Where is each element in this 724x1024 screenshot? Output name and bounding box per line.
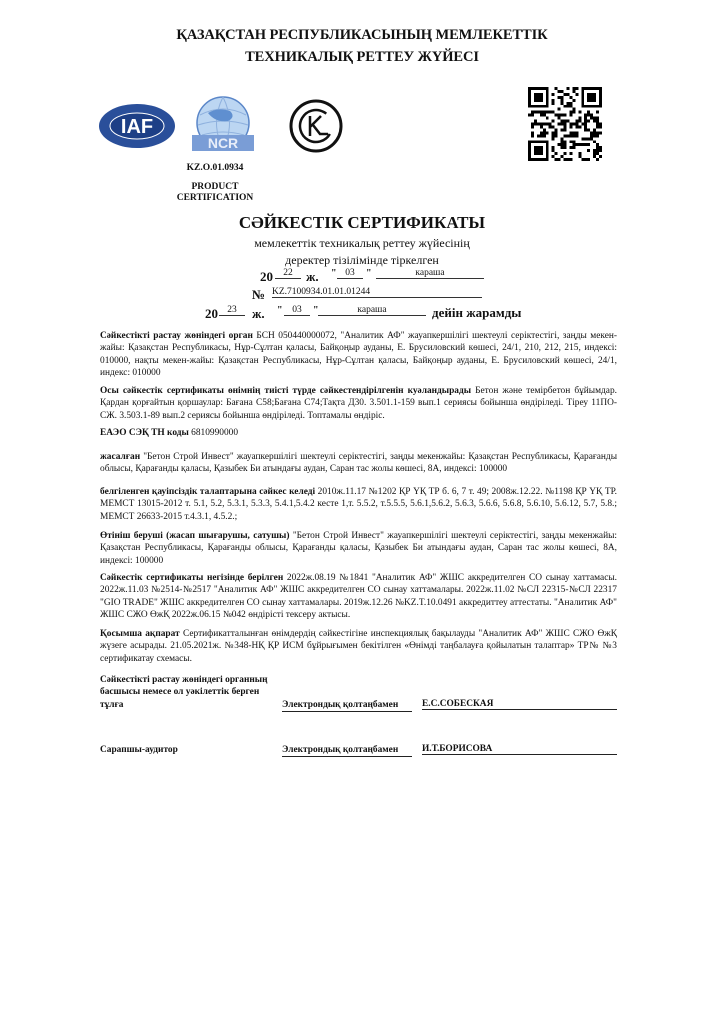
section-label: белгіленген қауіпсіздік талаптарына сәйк…	[100, 487, 315, 497]
product-certification-line-1: PRODUCT	[150, 182, 280, 192]
valid-until-label: дейін жарамды	[432, 305, 521, 321]
signature-name-auditor: И.Т.БОРИСОВА	[422, 744, 617, 755]
reg-date-day: 03	[337, 268, 363, 279]
accreditation-code: KZ.O.01.0934	[150, 163, 280, 173]
reg-date-quote-open: "	[331, 268, 337, 279]
signature-method-auditor: Электрондық қолтаңбамен	[282, 744, 412, 757]
section-text: "Бетон Строй Инвест" жауапкершілігі шект…	[100, 452, 617, 474]
product-certification-line-2: CERTIFICATION	[150, 193, 280, 203]
iaf-logo-icon: IAF	[98, 103, 176, 149]
section-certification-body: Сәйкестікті растау жөніндегі орган БСН 0…	[100, 330, 617, 379]
ncr-text: NCR	[208, 135, 238, 151]
section-basis: Сәйкестік сертификаты негізінде берілген…	[100, 572, 617, 621]
valid-date-quote-open: "	[277, 305, 283, 316]
section-label: ЕАЭО СЭҚ ТН коды	[100, 428, 189, 438]
reg-date-year-suffix: ж.	[306, 269, 319, 285]
reg-date-month: караша	[376, 268, 484, 279]
valid-date-year-suffix: ж.	[252, 306, 265, 322]
valid-date-month: караша	[318, 305, 426, 316]
signature-role-auditor: Сарапшы-аудитор	[100, 744, 270, 756]
reg-date-quote-close: "	[366, 268, 372, 279]
signature-name-head: Е.С.СОБЕСКАЯ	[422, 699, 617, 710]
section-tn-code: ЕАЭО СЭҚ ТН коды 6810990000	[100, 427, 617, 439]
reg-date-year: 22	[275, 268, 301, 279]
certificate-number: KZ.7100934.01.01.01244	[272, 287, 482, 298]
qr-code-icon[interactable]	[528, 87, 602, 161]
valid-date-year: 23	[219, 305, 245, 316]
valid-date-day: 03	[284, 305, 310, 316]
certificate-subtitle-2: деректер тізілімінде тіркелген	[0, 253, 724, 268]
reg-date-century: 20	[260, 269, 273, 285]
section-label: Сәйкестік сертификаты негізінде берілген	[100, 573, 283, 583]
certificate-subtitle-1: мемлекеттік техникалық реттеу жүйесінің	[0, 236, 724, 251]
signature-role-head: Сәйкестікті растау жөніндегі органның ба…	[100, 674, 270, 711]
certificate-number-label: №	[252, 287, 265, 303]
section-label: Сәйкестікті растау жөніндегі орган	[100, 331, 253, 341]
section-manufacturer: жасалған "Бетон Строй Инвест" жауапкерші…	[100, 451, 617, 476]
section-label: Өтініш беруші (жасап шығарушы, сатушы)	[100, 531, 289, 541]
header-line-1: ҚАЗАҚСТАН РЕСПУБЛИКАСЫНЫҢ МЕМЛЕКЕТТІК	[0, 27, 724, 44]
certificate-title: СӘЙКЕСТІК СЕРТИФИКАТЫ	[0, 213, 724, 233]
section-safety-requirements: белгіленген қауіпсіздік талаптарына сәйк…	[100, 486, 617, 523]
section-applicant: Өтініш беруші (жасап шығарушы, сатушы) "…	[100, 530, 617, 567]
section-additional-info: Қосымша ақпарат Сертификатталынған өнімд…	[100, 628, 617, 665]
section-product: Осы сәйкестік сертификаты өнімнің тиісті…	[100, 385, 617, 422]
section-label: жасалған	[100, 452, 140, 462]
ncr-globe-logo-icon: NCR	[190, 95, 256, 157]
section-text: 6810990000	[189, 428, 238, 438]
signature-method-head: Электрондық қолтаңбамен	[282, 699, 412, 712]
iaf-text: IAF	[121, 116, 153, 138]
valid-date-century: 20	[205, 306, 218, 322]
kz-conformity-mark-icon	[288, 98, 344, 154]
header-line-2: ТЕХНИКАЛЫҚ РЕТТЕУ ЖҮЙЕСІ	[0, 49, 724, 66]
section-label: Осы сәйкестік сертификаты өнімнің тиісті…	[100, 386, 471, 396]
section-label: Қосымша ақпарат	[100, 629, 180, 639]
